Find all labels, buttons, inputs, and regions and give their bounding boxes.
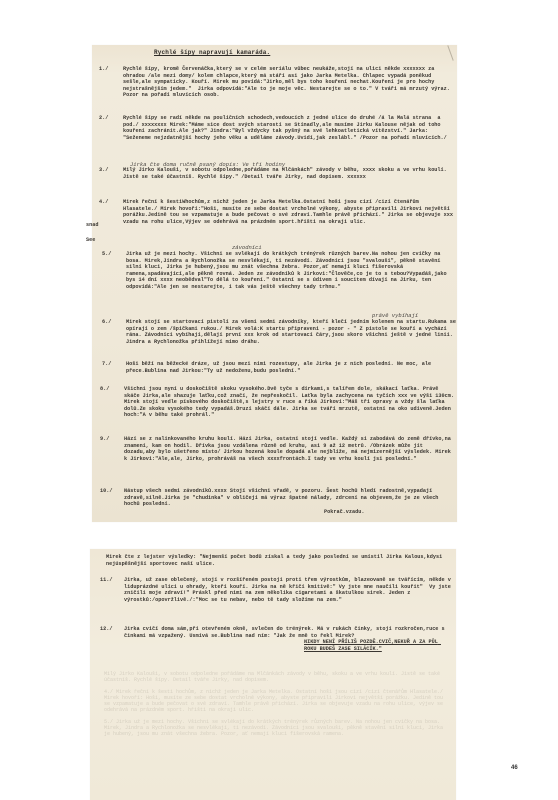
scene-item-4: 4./ Mirek řeční k šestiWhochům,z nichž j… <box>99 199 454 225</box>
item-number: 8./ <box>100 386 122 393</box>
scene-item-7: 7./ Hoši běží na běžecké dráze, už jsou … <box>102 361 457 374</box>
continued-overleaf-note: Pokrač.vzadu. <box>324 509 364 515</box>
scene-item-11: 11./ Jirka, už zase oblečený, stojí v ro… <box>100 577 455 603</box>
item-number: 12./ <box>100 626 122 633</box>
show-through-text: Milý Jirko Kalouši, v sobotu odpoledne p… <box>104 671 444 737</box>
item-number: 4./ <box>99 199 121 206</box>
item-text: Rychlé šípy se radí někde na pouličních … <box>123 115 454 141</box>
margin-note-snad: snad <box>86 222 98 228</box>
item-text: Rychlé šípy, kromě Červenáčka,který se v… <box>123 66 454 99</box>
item-text: Jirka už je mezi hochy. Všichni se svlék… <box>126 251 457 291</box>
scene-item-2: 2./ Rychlé šípy se radí někde na pouličn… <box>99 115 454 141</box>
item-number: 9./ <box>100 436 122 443</box>
item-text: Jirka cvičí doma sám,při otevřeném okně,… <box>124 626 455 639</box>
handwritten-note-5: závodníci <box>232 244 262 251</box>
paper-crease <box>447 45 453 60</box>
item-number: 5./ <box>102 251 124 258</box>
scene-item-1: 1./ Rychlé šípy, kromě Červenáčka,který … <box>99 66 454 99</box>
item-text: Jirka, už zase oblečený, stojí v rozšíře… <box>124 577 455 603</box>
item-text: Všichni jsou nyní u doskočiště skoku vys… <box>124 386 455 419</box>
scene-item-3: 3./ Milý Jirko Kalouši, v sobotu odpoled… <box>99 167 454 180</box>
underlined-motto: NIKDY NENÍ PŘÍLIŠ POZDĚ.CVIČ,NEKUŘ A ZA … <box>304 639 449 652</box>
scene-item-9: 9./ Hází se z nalinkovaného kruhu koulí.… <box>100 436 455 462</box>
item-text: Mirek řeční k šestiWhochům,z nichž jeden… <box>123 199 454 225</box>
item-number: 3./ <box>99 167 121 174</box>
scene-item-10: 10./ Nástup všech sedmi závodníků.xxxx S… <box>100 488 455 508</box>
scene-item-6: 6./ Mirek stojí se startovací pistolí za… <box>102 319 457 345</box>
results-intro: Mirek čte z lejster výsledky: "Nejmenší … <box>106 554 451 567</box>
item-text: Hází se z nalinkovaného kruhu koulí. Ház… <box>124 436 455 462</box>
item-text: Mirek stojí se startovací pistolí za vše… <box>126 319 457 345</box>
margin-note-see: See <box>86 237 95 243</box>
scene-item-5: 5./ Jirka už je mezi hochy. Všichni se s… <box>102 251 457 291</box>
item-number: 11./ <box>100 577 122 584</box>
item-text: Nástup všech sedmi závodníků.xxxx Stojí … <box>124 488 455 508</box>
item-number: 1./ <box>99 66 121 73</box>
handwritten-note-6: právě vybíhají <box>372 312 418 319</box>
item-text: Milý Jirko Kalouši, v sobotu odpoledne,p… <box>123 167 454 180</box>
item-text: Hoši běží na běžecké dráze, už jsou mezi… <box>126 361 457 374</box>
scene-item-12: 12./ Jirka cvičí doma sám,při otevřeném … <box>100 626 455 639</box>
document-title: Rychlé šípy napravují kamaráda. <box>154 49 270 56</box>
item-number: 7./ <box>102 361 124 368</box>
typewritten-page-top: Rychlé šípy napravují kamaráda. 1./ Rych… <box>92 45 457 522</box>
item-number: 10./ <box>100 488 122 495</box>
scene-item-8: 8./ Všichni jsou nyní u doskočiště skoku… <box>100 386 455 419</box>
item-number: 2./ <box>99 115 121 122</box>
page-number: 46 <box>511 765 518 771</box>
item-number: 6./ <box>102 319 124 326</box>
typewritten-page-bottom: Mirek čte z lejster výsledky: "Nejmenší … <box>90 549 456 800</box>
